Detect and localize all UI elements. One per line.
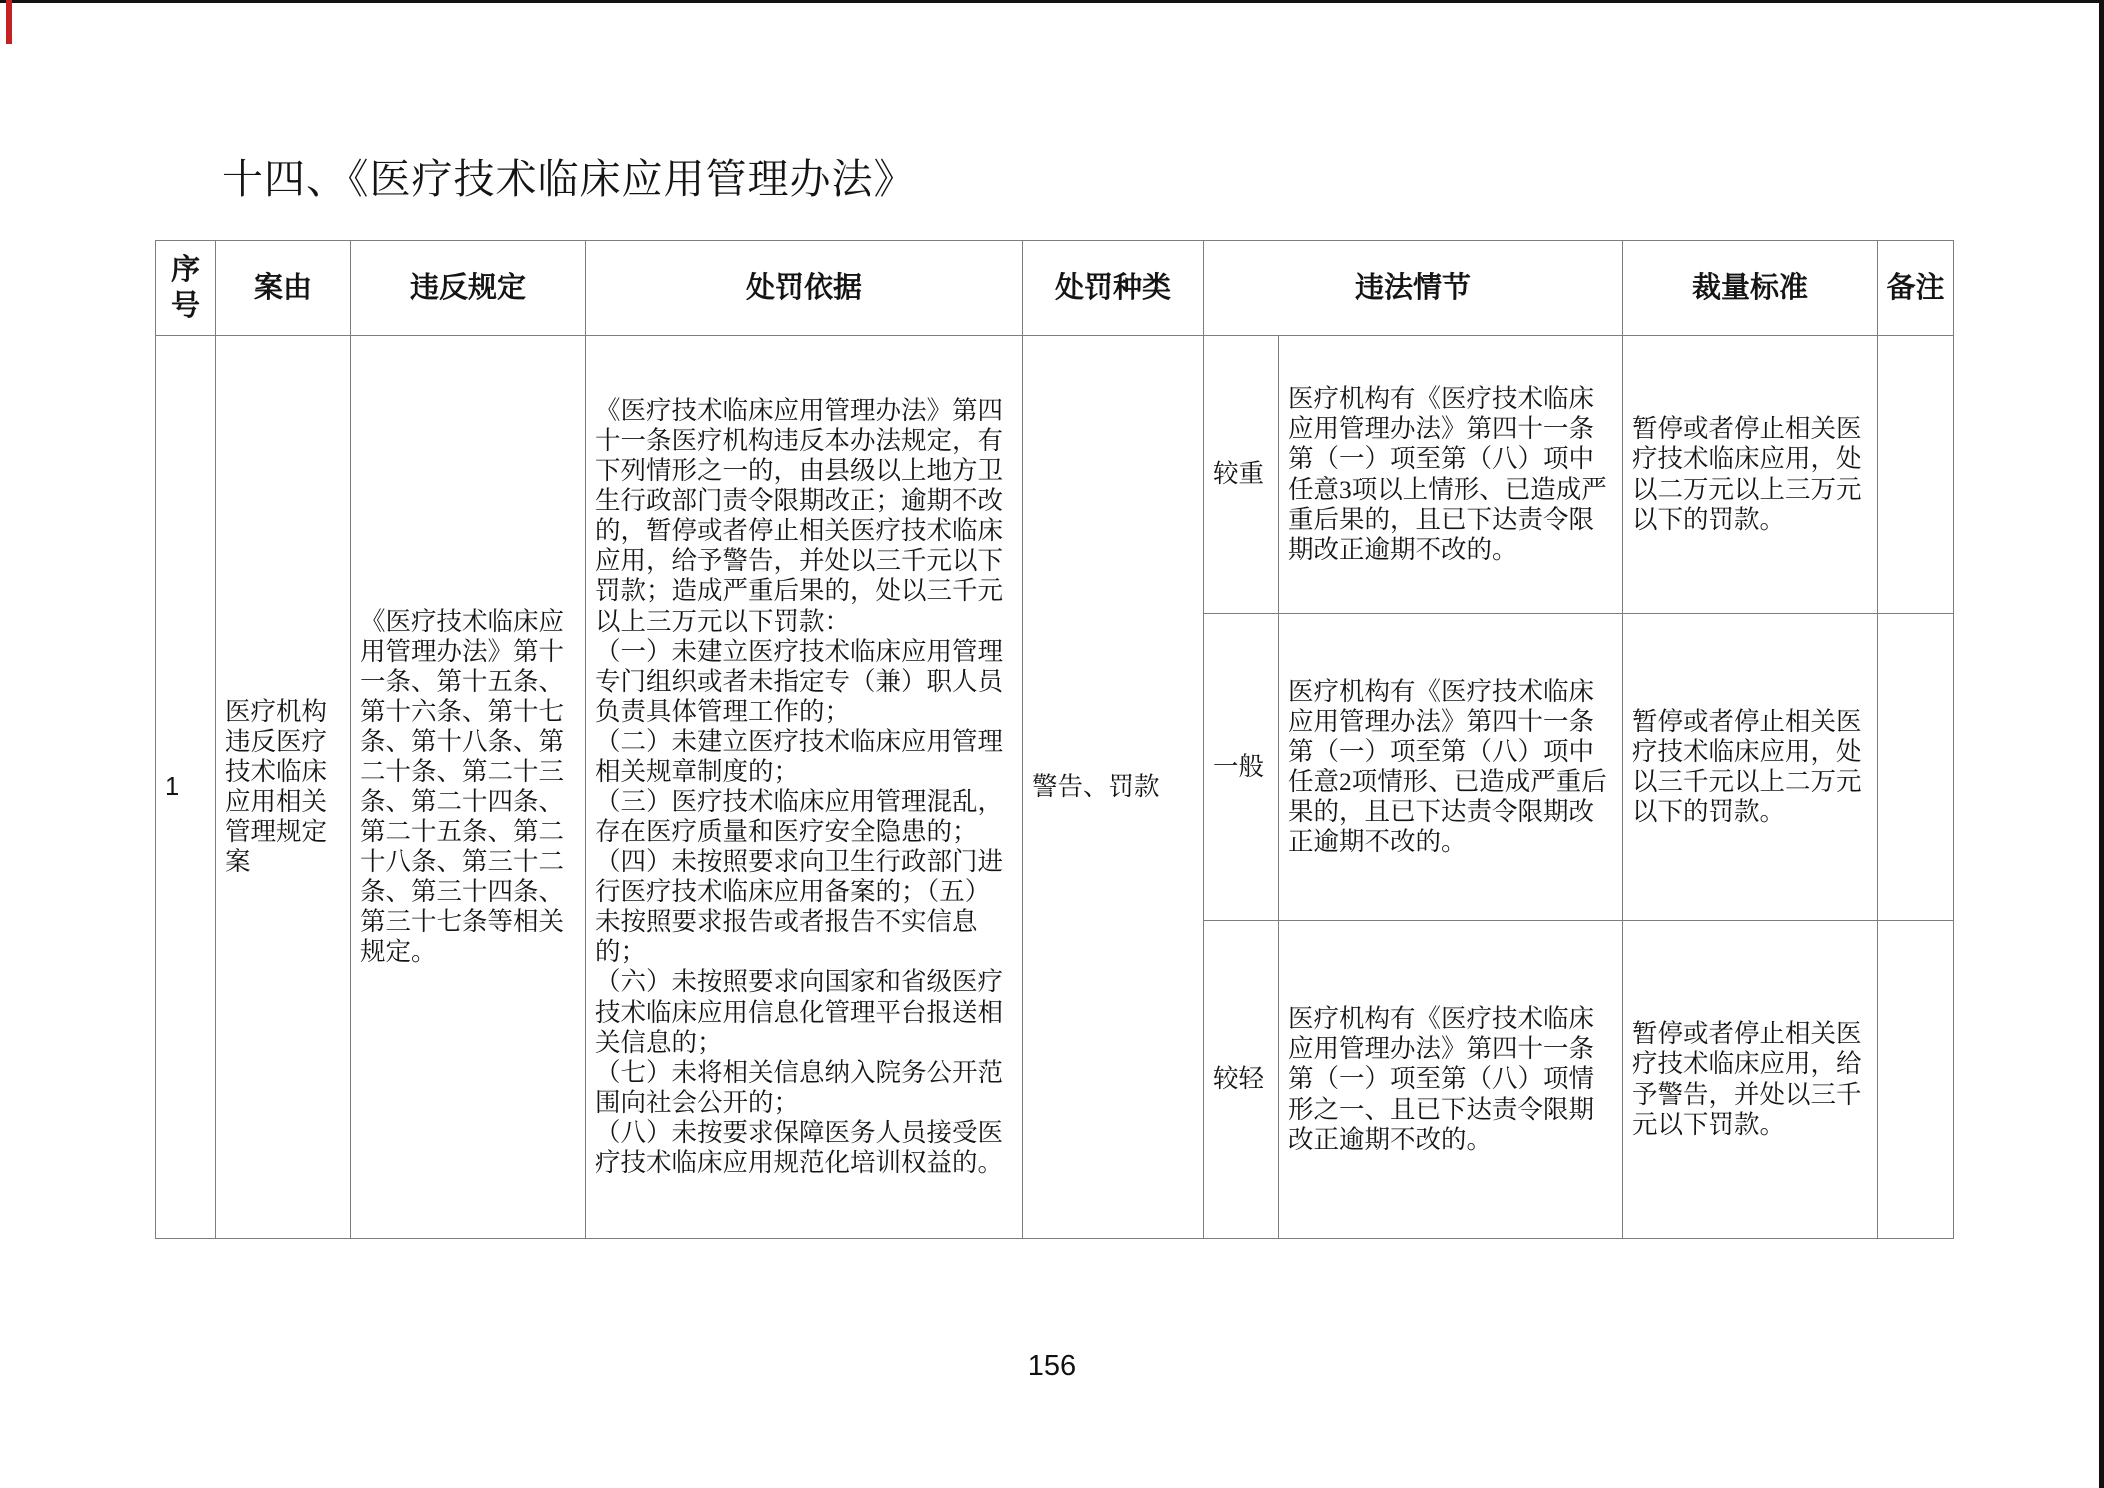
cell-discretion-standard: 暂停或者停止相关医疗技术临床应用，给予警告，并处以三千元以下罚款。 <box>1623 921 1878 1239</box>
page-number: 156 <box>0 1350 2104 1383</box>
col-header-discretion-standard: 裁量标准 <box>1623 241 1878 336</box>
cell-remark <box>1878 921 1954 1239</box>
section-title: 十四、《医疗技术临床应用管理办法》 <box>222 146 916 205</box>
col-header-violated-provisions: 违反规定 <box>351 241 586 336</box>
table-row-severe: 1 医疗机构违反医疗技术临床应用相关管理规定案 《医疗技术临床应用管理办法》第十… <box>156 336 1954 614</box>
cell-severity-level: 较轻 <box>1204 921 1279 1239</box>
col-header-remarks: 备注 <box>1878 241 1954 336</box>
cell-remark <box>1878 336 1954 614</box>
cell-circumstance: 医疗机构有《医疗技术临床应用管理办法》第四十一条第（一）项至第（八）项中任意3项… <box>1279 336 1623 614</box>
col-header-penalty-type: 处罚种类 <box>1023 241 1204 336</box>
cell-violated-provisions: 《医疗技术临床应用管理办法》第十一条、第十五条、第十六条、第十七条、第十八条、第… <box>351 336 586 1239</box>
col-header-cause: 案由 <box>216 241 351 336</box>
penalty-discretion-table: 序号 案由 违反规定 处罚依据 处罚种类 违法情节 裁量标准 备注 1 医疗机构… <box>155 240 1954 1239</box>
cell-severity-level: 一般 <box>1204 614 1279 921</box>
cell-index: 1 <box>156 336 216 1239</box>
cell-circumstance: 医疗机构有《医疗技术临床应用管理办法》第四十一条第（一）项至第（八）项情形之一、… <box>1279 921 1623 1239</box>
document-page: 十四、《医疗技术临床应用管理办法》 序号 案由 违反规定 处罚依据 处罚种类 违… <box>0 0 2104 1488</box>
col-header-penalty-basis: 处罚依据 <box>586 241 1023 336</box>
cell-severity-level: 较重 <box>1204 336 1279 614</box>
scan-edge-right-line <box>2099 0 2104 1488</box>
cell-discretion-standard: 暂停或者停止相关医疗技术临床应用，处以三千元以上二万元以下的罚款。 <box>1623 614 1878 921</box>
cell-cause: 医疗机构违反医疗技术临床应用相关管理规定案 <box>216 336 351 1239</box>
scan-red-mark <box>6 0 12 44</box>
cell-penalty-type: 警告、罚款 <box>1023 336 1204 1239</box>
cell-penalty-basis: 《医疗技术临床应用管理办法》第四十一条医疗机构违反本办法规定，有下列情形之一的，… <box>586 336 1023 1239</box>
table-header-row: 序号 案由 违反规定 处罚依据 处罚种类 违法情节 裁量标准 备注 <box>156 241 1954 336</box>
cell-circumstance: 医疗机构有《医疗技术临床应用管理办法》第四十一条第（一）项至第（八）项中任意2项… <box>1279 614 1623 921</box>
cell-discretion-standard: 暂停或者停止相关医疗技术临床应用，处以二万元以上三万元以下的罚款。 <box>1623 336 1878 614</box>
col-header-illegal-circumstances: 违法情节 <box>1204 241 1623 336</box>
col-header-index: 序号 <box>156 241 216 336</box>
cell-remark <box>1878 614 1954 921</box>
scan-edge-top-line <box>0 0 2104 3</box>
